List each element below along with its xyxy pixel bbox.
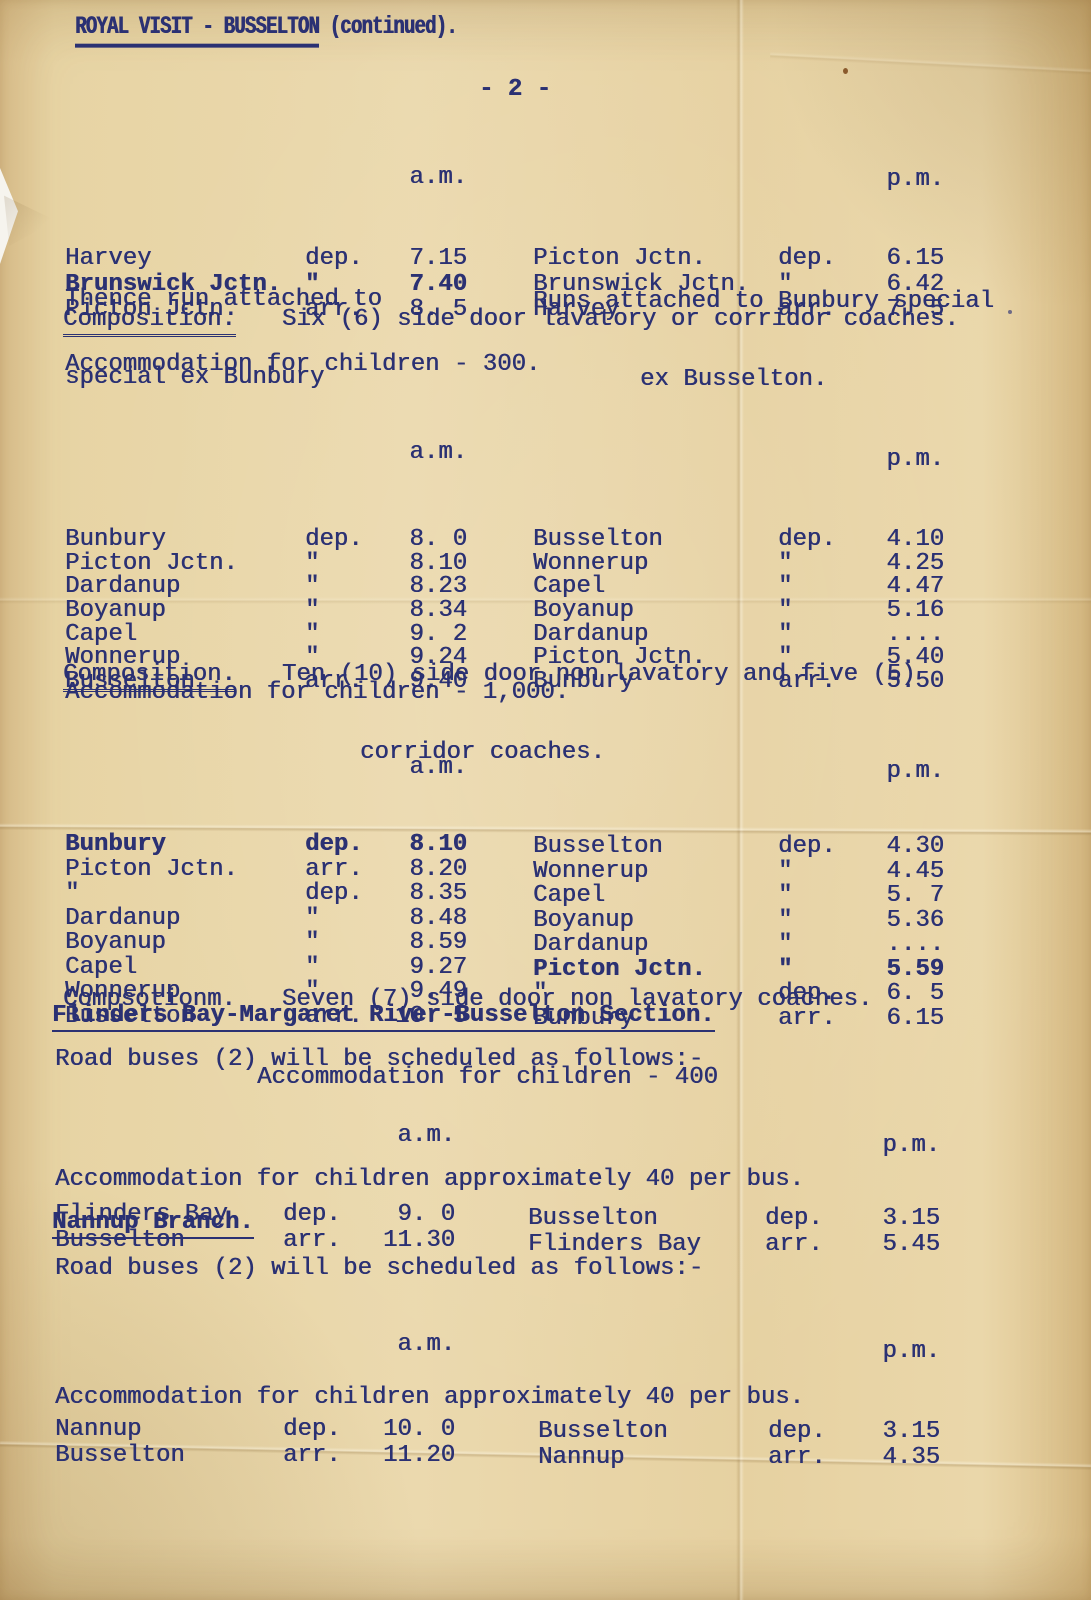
table-row: Busselton dep. 4.10 [533,527,944,551]
table-row: Nannup arr. 4.35 [538,1445,940,1471]
time-value: 11.20 [363,1443,455,1469]
composition-1: Composition.Six (6) side door lavatory o… [63,307,959,333]
section-heading-flinders: Flinders Bay-Margaret River-Busselton Se… [52,1003,715,1029]
accommodation-note: Accommodation for children approximately… [55,1167,804,1193]
table-row: Capel " 5. 7 [533,883,944,908]
period-label-pm: p.m. [858,759,944,785]
station-name: Busselton [538,1419,768,1445]
table-row: Wonnerup " 4.25 [533,551,944,575]
table-row: Bunbury dep. 8. 0 [65,527,467,551]
movement-label: " [778,883,858,909]
table-row: Picton Jctn. arr. 8.20 [65,857,467,882]
time-value: 7.40 [385,272,467,298]
time-value: 8.10 [385,832,467,858]
table-row: Busselton dep. 3.15 [538,1419,940,1445]
period-label-pm: p.m. [858,167,944,194]
movement-label: " [778,908,858,934]
time-value: 4.45 [858,859,944,885]
table-row: Bunbury dep. 8.10 [65,832,467,857]
period-label-pm: p.m. [845,1133,940,1159]
timetable-rows: Busselton dep. 3.15 Nannup arr. 4.35 [538,1419,940,1470]
time-value: 5. 7 [858,883,944,909]
movement-label: dep. [305,832,385,858]
table-row: Dardanup " 8.23 [65,574,467,598]
station-name: Picton Jctn. [65,857,305,883]
section-heading-text: Flinders Bay-Margaret River-Busselton Se… [52,1002,715,1032]
period-label-pm: p.m. [848,1339,940,1367]
section-heading-text: Nannup Branch. [52,1209,254,1239]
accommodation-note: Accommodation for children - 300. [65,352,540,378]
table-row: Boyanup " 5.36 [533,908,944,933]
movement-label: " [305,906,385,932]
station-name: Dardanup [65,906,305,932]
movement-label: arr. [765,1232,845,1258]
station-name: Bunbury [65,832,305,858]
movement-label: dep. [778,834,858,860]
movement-label: dep. [283,1417,363,1443]
ink-speck [1008,310,1012,314]
period-label-am: a.m. [385,755,467,781]
station-name: Busselton [55,1443,283,1469]
station-name: " [65,881,305,907]
time-value: 11.30 [363,1228,455,1254]
period-label-am: a.m. [363,1332,455,1365]
time-value: 7.15 [385,246,467,272]
page-title-rest: (continued). [319,12,457,41]
time-value: 8.48 [385,906,467,932]
movement-label: dep. [305,881,385,907]
time-value: 4.35 [848,1445,940,1471]
scanned-document-page: ROYAL VISIT - BUSSELTON (continued). - 2… [0,0,1091,1600]
station-name: Nannup [55,1417,283,1443]
accommodation-note: Accommodation for children approximately… [55,1385,804,1411]
period-label-am: a.m. [385,165,467,194]
time-value: 8.20 [385,857,467,883]
station-name: Nannup [538,1445,768,1471]
station-name: Boyanup [533,908,778,934]
table-row: Dardanup " 8.48 [65,906,467,931]
station-name: Busselton [528,1206,765,1232]
period-label-am: a.m. [363,1123,455,1150]
period-label-am: a.m. [385,440,467,475]
section-heading-nannup: Nannup Branch. [52,1210,254,1236]
page-number: - 2 - [479,77,551,103]
station-name: Wonnerup [533,859,778,885]
movement-label: arr. [283,1228,363,1254]
time-value: 10. 0 [363,1417,455,1443]
corner-fold-crease [770,52,1091,76]
page-title-underlined: ROYAL VISIT - BUSSELTON [75,12,319,48]
road-buses-intro: Road buses (2) will be scheduled as foll… [55,1256,703,1282]
time-value: 3.15 [848,1419,940,1445]
movement-label: " [778,859,858,885]
table-row: Capel " 4.47 [533,574,944,598]
table-row: Busselton dep. 3.15 [528,1206,940,1232]
table-row: " dep. 8.35 [65,881,467,906]
time-value: 5.45 [845,1232,940,1258]
time-value: 9. 0 [363,1202,455,1228]
page-title: ROYAL VISIT - BUSSELTON (continued). [75,12,457,41]
movement-label: arr. [305,857,385,883]
time-value: 8.35 [385,881,467,907]
station-name: Capel [533,883,778,909]
time-value: 5.36 [858,908,944,934]
movement-label: arr. [768,1445,848,1471]
period-label-pm: p.m. [858,447,944,475]
time-value: 3.15 [845,1206,940,1232]
station-name: Busselton [533,834,778,860]
table-row: Wonnerup " 4.45 [533,859,944,884]
note-line: ex Busselton. [533,367,994,393]
timetable-rows: Nannup dep. 10. 0 Busselton arr. 11.20 [55,1417,455,1468]
movement-label: dep. [768,1419,848,1445]
table-row: Nannup dep. 10. 0 [55,1417,455,1443]
table-row: Busselton arr. 11.20 [55,1443,455,1469]
table-row: Busselton dep. 4.30 [533,834,944,859]
road-buses-intro: Road buses (2) will be scheduled as foll… [55,1047,703,1073]
movement-label: arr. [283,1443,363,1469]
time-value: 4.30 [858,834,944,860]
ink-speck [843,68,848,74]
table-row: Picton Jctn. " 8.10 [65,551,467,575]
movement-label: dep. [283,1202,363,1228]
movement-label: dep. [765,1206,845,1232]
composition-label: Composition. [63,306,236,337]
composition-text: Six (6) side door lavatory or corridor c… [236,306,959,333]
timetable-rows: Busselton dep. 3.15 Flinders Bay arr. 5.… [528,1206,940,1258]
